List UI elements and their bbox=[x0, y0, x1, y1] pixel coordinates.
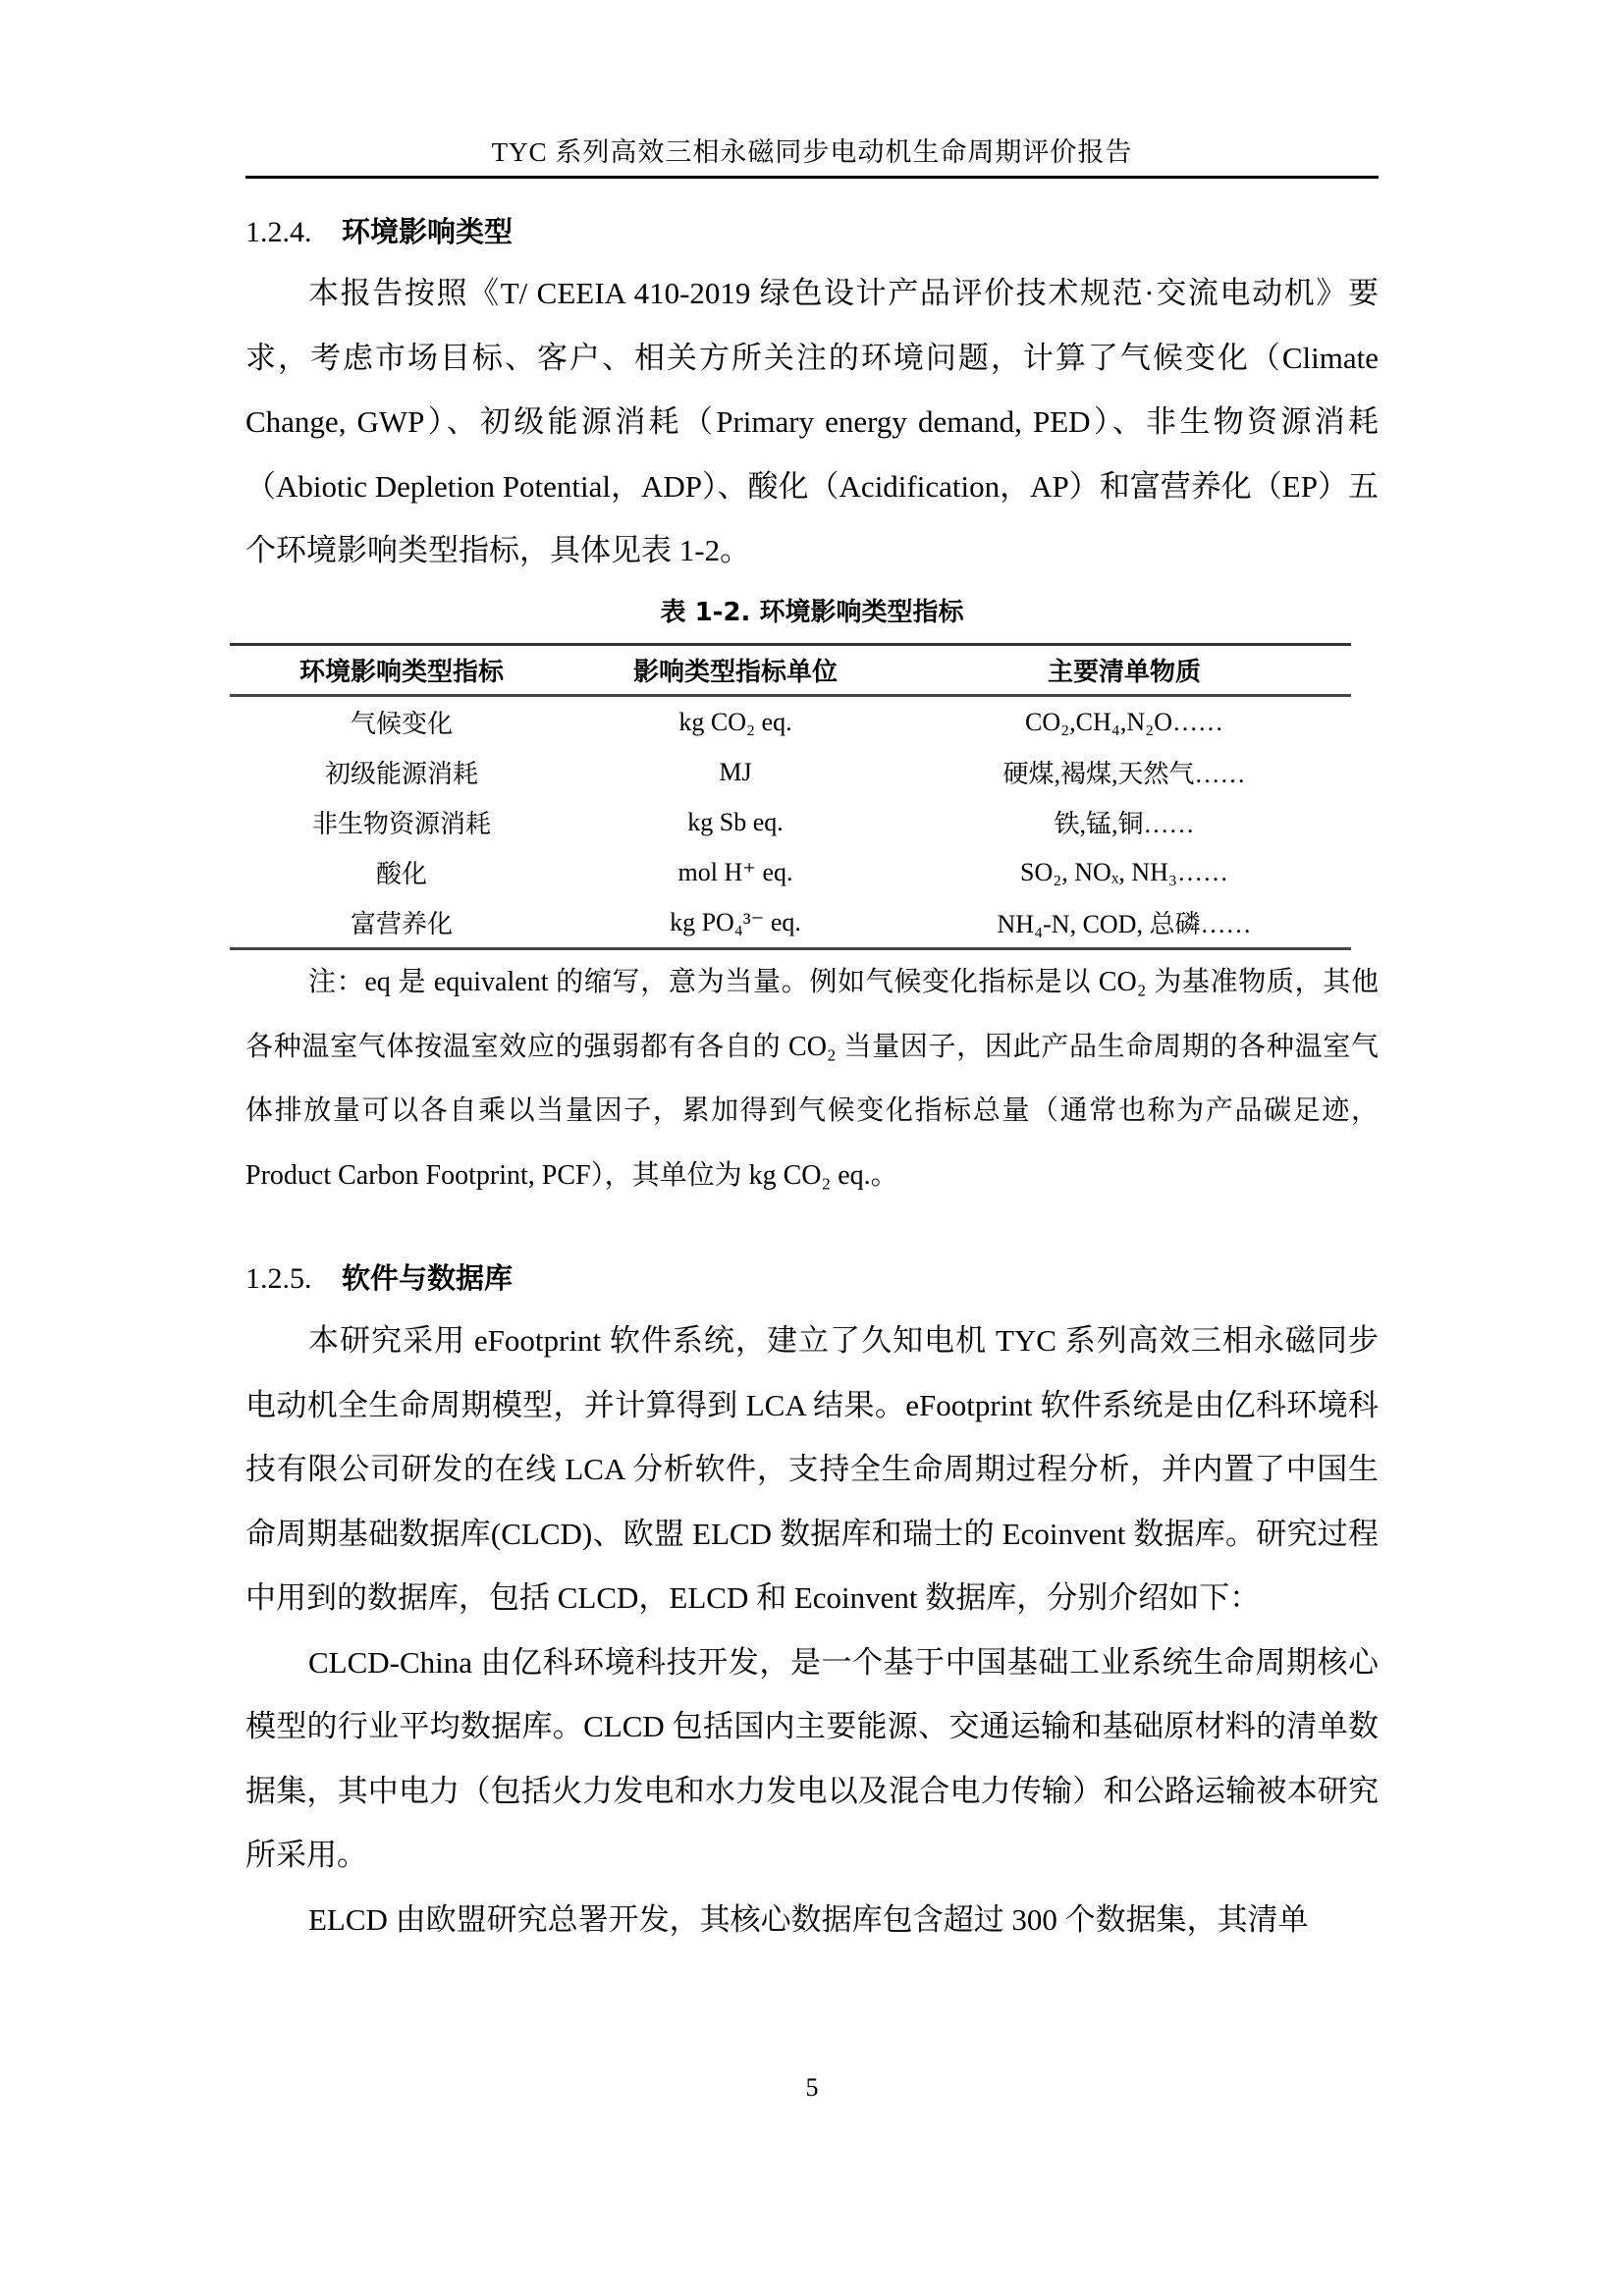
table-note: 注：eq 是 equivalent 的缩写，意为当量。例如气候变化指标是以 CO… bbox=[245, 950, 1379, 1207]
table-caption: 表 1-2. 环境影响类型指标 bbox=[245, 595, 1379, 630]
column-header: 环境影响类型指标 bbox=[230, 645, 573, 696]
software-database-body: 本研究采用 eFootprint 软件系统，建立了久知电机 TYC 系列高效三相… bbox=[245, 1308, 1379, 1951]
substances-cell: NH₄-N, COD, 总磷…… bbox=[897, 897, 1351, 949]
unit-cell: mol H⁺ eq. bbox=[573, 847, 897, 897]
body-paragraph: CLCD-China 由亿科环境科技开发，是一个基于中国基础工业系统生命周期核心… bbox=[245, 1630, 1379, 1888]
table-row: 气候变化 kg CO₂ eq. CO₂,CH₄,N₂O…… bbox=[230, 696, 1351, 748]
section-title: 软件与数据库 bbox=[342, 1261, 513, 1295]
running-header-title: TYC 系列高效三相永磁同步电动机生命周期评价报告 bbox=[245, 135, 1379, 169]
unit-cell: kg CO₂ eq. bbox=[573, 696, 897, 748]
indicator-cell: 初级能源消耗 bbox=[230, 747, 573, 797]
section-heading-1-2-4: 1.2.4.环境影响类型 bbox=[245, 212, 513, 252]
page-number: 5 bbox=[0, 2073, 1624, 2103]
substances-cell: 硬煤,褐煤,天然气…… bbox=[897, 747, 1351, 797]
table-row: 富营养化 kg PO₄³⁻ eq. NH₄-N, COD, 总磷…… bbox=[230, 897, 1351, 949]
indicator-cell: 富营养化 bbox=[230, 897, 573, 949]
indicator-cell: 非生物资源消耗 bbox=[230, 797, 573, 847]
table-row: 初级能源消耗 MJ 硬煤,褐煤,天然气…… bbox=[230, 747, 1351, 797]
indicator-cell: 酸化 bbox=[230, 847, 573, 897]
unit-cell: kg Sb eq. bbox=[573, 797, 897, 847]
substances-cell: CO₂,CH₄,N₂O…… bbox=[897, 696, 1351, 748]
section-number: 1.2.5. bbox=[245, 1259, 342, 1299]
table-header-row: 环境影响类型指标 影响类型指标单位 主要清单物质 bbox=[230, 645, 1351, 696]
note-paragraph: 注：eq 是 equivalent 的缩写，意为当量。例如气候变化指标是以 CO… bbox=[245, 950, 1379, 1207]
impact-categories-paragraph: 本报告按照《T/ CEEIA 410-2019 绿色设计产品评价技术规范·交流电… bbox=[245, 261, 1379, 583]
impact-indicators-table: 环境影响类型指标 影响类型指标单位 主要清单物质 气候变化 kg CO₂ eq.… bbox=[230, 643, 1351, 950]
body-paragraph: 本研究采用 eFootprint 软件系统，建立了久知电机 TYC 系列高效三相… bbox=[245, 1308, 1379, 1630]
header-divider bbox=[245, 176, 1379, 179]
unit-cell: MJ bbox=[573, 747, 897, 797]
section-heading-1-2-5: 1.2.5.软件与数据库 bbox=[245, 1258, 513, 1299]
table-row: 酸化 mol H⁺ eq. SO₂, NOₓ, NH₃…… bbox=[230, 847, 1351, 897]
body-paragraph: ELCD 由欧盟研究总署开发，其核心数据库包含超过 300 个数据集，其清单 bbox=[245, 1888, 1379, 1952]
substances-cell: SO₂, NOₓ, NH₃…… bbox=[897, 847, 1351, 897]
column-header: 主要清单物质 bbox=[897, 645, 1351, 696]
section-title: 环境影响类型 bbox=[342, 215, 513, 248]
section-number: 1.2.4. bbox=[245, 213, 342, 252]
unit-cell: kg PO₄³⁻ eq. bbox=[573, 897, 897, 949]
table-row: 非生物资源消耗 kg Sb eq. 铁,锰,铜…… bbox=[230, 797, 1351, 847]
column-header: 影响类型指标单位 bbox=[573, 645, 897, 696]
indicator-cell: 气候变化 bbox=[230, 696, 573, 748]
body-paragraph: 本报告按照《T/ CEEIA 410-2019 绿色设计产品评价技术规范·交流电… bbox=[245, 261, 1379, 583]
substances-cell: 铁,锰,铜…… bbox=[897, 797, 1351, 847]
